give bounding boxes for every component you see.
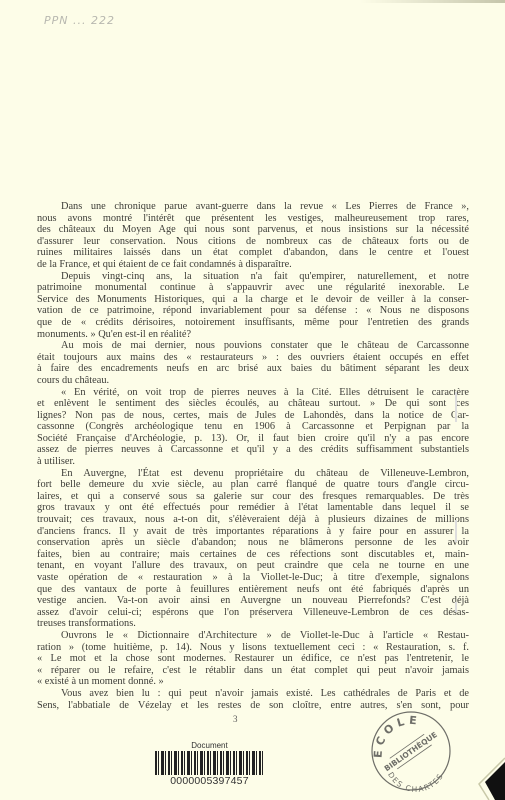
barcode-label: Document <box>152 741 267 750</box>
text-line: ration » (tome huitième, p. 14). Nous y … <box>37 642 469 654</box>
text-line: Vous avez bien lu : qui peut n'avoir jam… <box>37 688 469 700</box>
text-line: fort belle demeure du xvie siècle, au pl… <box>37 479 469 491</box>
text-line: assez de pierres neuves à Carcassonne et… <box>37 444 469 456</box>
text-line: « En vérité, on voit trop de pierres neu… <box>37 387 469 399</box>
text-line: tenant, en voyant l'allure des travaux, … <box>37 560 469 572</box>
text-line: cours du château. <box>37 375 469 387</box>
text-line: conservation après un siècle d'abandon; … <box>37 537 469 549</box>
text-line: monuments. » Qu'en est-il en réalité? <box>37 329 469 341</box>
text-line: était toujours aux mains des « restaurat… <box>37 352 469 364</box>
text-line: Depuis vingt-cinq ans, la situation n'a … <box>37 271 469 283</box>
barcode-number: 0000005397457 <box>152 775 267 787</box>
text-line: Au mois de mai dernier, nous pouvions co… <box>37 340 469 352</box>
svg-text:DES CHARTES: DES CHARTES <box>386 770 445 794</box>
text-line: vestige ancien. Va-t-on avoir ainsi en A… <box>37 595 469 607</box>
text-line: d'anciens francs. Il y avait de très imp… <box>37 526 469 538</box>
text-line: assez d'avoir celui-ci; espérons que l'o… <box>37 607 469 619</box>
handwritten-shelfmark: PPN ... 222 <box>44 14 115 27</box>
text-line: nous avons montré l'intérêt que présente… <box>37 213 469 225</box>
text-line: « Le mot et la chose sont modernes. Rest… <box>37 653 469 665</box>
text-line: que des vantaux de porte à feuillures en… <box>37 584 469 596</box>
text-line: Société Française d'Archéologie, p. 13).… <box>37 433 469 445</box>
stamp-middle-text: BIBLIOTHÈQUE <box>383 730 439 773</box>
text-line: « existé à un moment donné. » <box>37 676 469 688</box>
text-line: Ouvrons le « Dictionnaire d'Architecture… <box>37 630 469 642</box>
text-line: patrimoine monumental continue à s'appau… <box>37 282 469 294</box>
text-line: à utiliser. <box>37 456 469 468</box>
text-line: laires, et qui a conservé sous sa galeri… <box>37 491 469 503</box>
text-line: trouvait; ces travaux, nous a-t-on dit, … <box>37 514 469 526</box>
library-stamp-icon: ECOLE DES CHARTES BIBLIOTHÈQUE <box>368 708 454 794</box>
barcode-bars-icon <box>155 751 265 775</box>
text-line: Service des Monuments Historiques, qui a… <box>37 294 469 306</box>
scan-margin-mark <box>455 520 457 542</box>
page-number: 3 <box>233 714 238 724</box>
text-line: que de « crédits dérisoires, notoirement… <box>37 317 469 329</box>
text-line: En Auvergne, l'État est devenu propriéta… <box>37 468 469 480</box>
text-line: lignes? Non pas de nous, certes, mais de… <box>37 410 469 422</box>
text-line: ruines militaires laissés dans un état c… <box>37 247 469 259</box>
text-line: à faire des encadrements neufs en arc br… <box>37 363 469 375</box>
text-line: de la France, et qui étaient de ce fait … <box>37 259 469 271</box>
page-corner-fold <box>465 740 505 800</box>
text-line: vation de ce patrimoine, répond invariab… <box>37 305 469 317</box>
text-line: des châteaux du Moyen Age qui nous sont … <box>37 224 469 236</box>
text-line: gros travaux y ont été effectués pour re… <box>37 502 469 514</box>
document-barcode: Document 0000005397457 <box>152 741 267 787</box>
text-line: Dans une chronique parue avant-guerre da… <box>37 201 469 213</box>
text-line: faites, bien au contraire; mais certaine… <box>37 549 469 561</box>
text-line: « réparer ou le refaire, c'est le rétabl… <box>37 665 469 677</box>
stamp-bottom-text: DES CHARTES <box>386 770 445 794</box>
scan-edge-shadow <box>360 0 505 3</box>
document-body: Dans une chronique parue avant-guerre da… <box>37 201 469 711</box>
scan-margin-mark <box>455 392 457 422</box>
text-line: et enlèvent le sentiment des siècles éco… <box>37 398 469 410</box>
text-line: d'assurer leur conservation. Nous cition… <box>37 236 469 248</box>
text-line: cassonne (Congrès archéologique tenu en … <box>37 421 469 433</box>
text-line: treuses transformations. <box>37 618 469 630</box>
text-line: vaste opération de « restauration » à la… <box>37 572 469 584</box>
scan-margin-mark <box>455 602 457 612</box>
